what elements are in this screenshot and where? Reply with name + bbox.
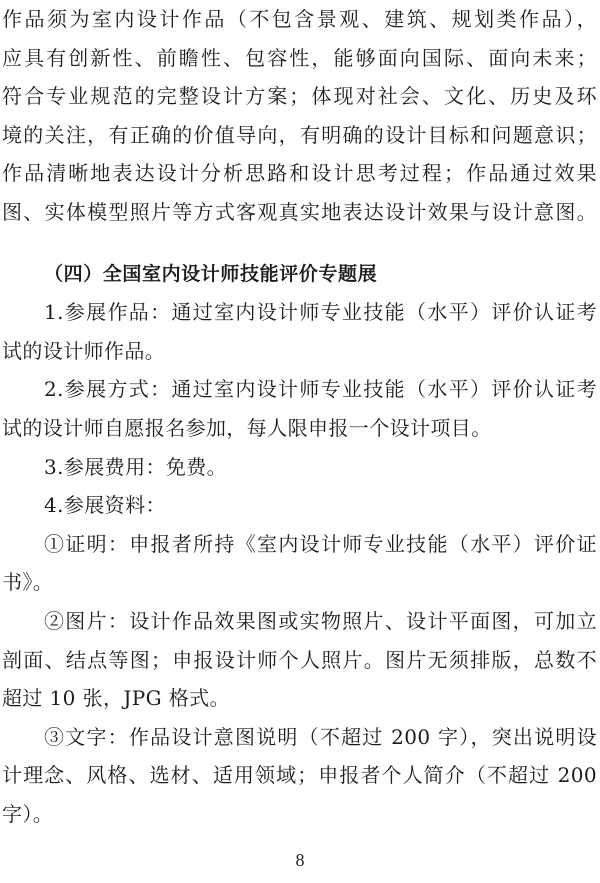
text-line: ③文字：作品设计意图说明（不超过 200 字），突出说明设 [2, 718, 597, 757]
text-line: 超过 10 张，JPG 格式。 [2, 679, 597, 718]
text-line: 图、实体模型照片等方式客观真实地表达设计效果与设计意图。 [2, 193, 597, 232]
section-heading: （四）全国室内设计师技能评价专题展 [2, 255, 597, 294]
text-line: 试的设计师作品。 [2, 332, 597, 371]
page-number: 8 [0, 849, 600, 871]
paragraph: ②图片：设计作品效果图或实物照片、设计平面图，可加立 剖面、结点等图；申报设计师… [2, 602, 597, 718]
text-line: 2.参展方式：通过室内设计师专业技能（水平）评价认证考 [2, 370, 597, 409]
paragraph: 2.参展方式：通过室内设计师专业技能（水平）评价认证考 试的设计师自愿报名参加，… [2, 370, 597, 447]
text-line: ②图片：设计作品效果图或实物照片、设计平面图，可加立 [2, 602, 597, 641]
text-line: ①证明：申报者所持《室内设计师专业技能（水平）评价证 [2, 525, 597, 564]
paragraph: （四）全国室内设计师技能评价专题展 [2, 255, 597, 294]
text-line: 作品清晰地表达设计分析思路和设计思考过程；作品通过效果 [2, 154, 597, 193]
text-line: 书》。 [2, 563, 597, 602]
paragraph: 1.参展作品：通过室内设计师专业技能（水平）评价认证考 试的设计师作品。 [2, 293, 597, 370]
paragraph: 3.参展费用：免费。 [2, 448, 597, 487]
paragraph: ①证明：申报者所持《室内设计师专业技能（水平）评价证 书》。 [2, 525, 597, 602]
text-line: 境的关注，有正确的价值导向，有明确的设计目标和问题意识； [2, 116, 597, 155]
text-line: 字）。 [2, 795, 597, 834]
paragraph: 4.参展资料： [2, 486, 597, 525]
text-line: 作品须为室内设计作品（不包含景观、建筑、规划类作品）， [2, 0, 597, 39]
paragraph: ③文字：作品设计意图说明（不超过 200 字），突出说明设 计理念、风格、选材、… [2, 718, 597, 834]
text-line: 符合专业规范的完整设计方案；体现对社会、文化、历史及环 [2, 77, 597, 116]
paragraph: 作品须为室内设计作品（不包含景观、建筑、规划类作品）， 应具有创新性、前瞻性、包… [2, 0, 597, 232]
document-text-block: 作品须为室内设计作品（不包含景观、建筑、规划类作品）， 应具有创新性、前瞻性、包… [0, 0, 600, 833]
document-page: 作品须为室内设计作品（不包含景观、建筑、规划类作品）， 应具有创新性、前瞻性、包… [0, 0, 600, 883]
text-line: 3.参展费用：免费。 [2, 448, 597, 487]
text-line: 试的设计师自愿报名参加，每人限申报一个设计项目。 [2, 409, 597, 448]
text-line: 4.参展资料： [2, 486, 597, 525]
text-line: 1.参展作品：通过室内设计师专业技能（水平）评价认证考 [2, 293, 597, 332]
text-line: 应具有创新性、前瞻性、包容性，能够面向国际、面向未来； [2, 39, 597, 78]
text-line: 剖面、结点等图；申报设计师个人照片。图片无须排版，总数不 [2, 641, 597, 680]
text-line: 计理念、风格、选材、适用领域；申报者个人简介（不超过 200 [2, 756, 597, 795]
